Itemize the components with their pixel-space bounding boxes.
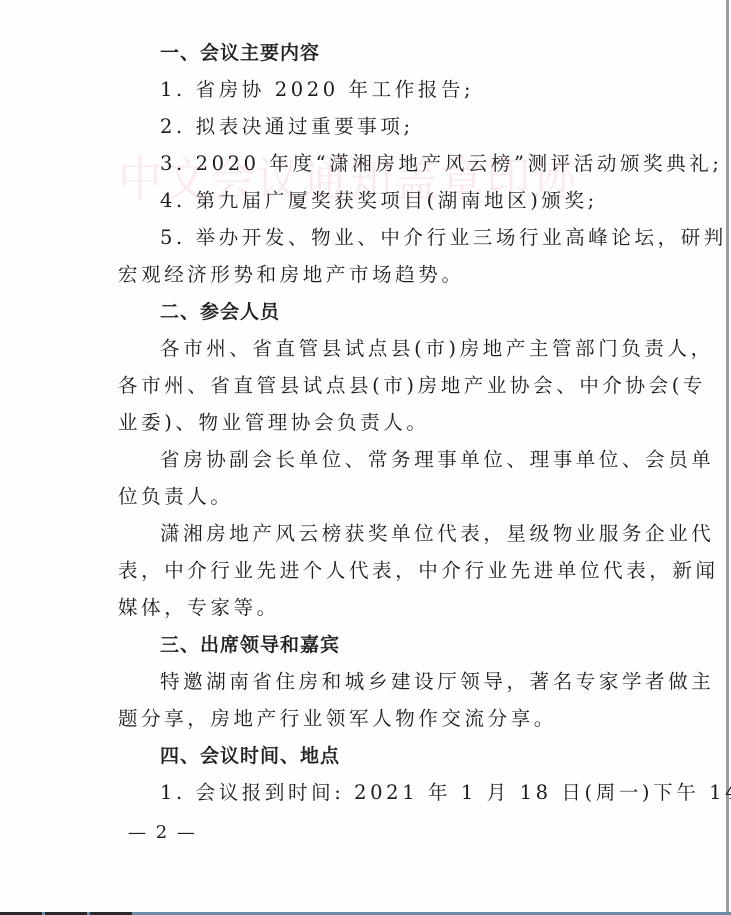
section-heading: 三、出席领导和嘉宾 <box>160 633 340 657</box>
paragraph-line: 业委)、物业管理协会负责人。 <box>118 411 430 435</box>
paragraph-line: 省房协副会长单位、常务理事单位、理事单位、会员单 <box>160 448 714 472</box>
paragraph-line: 媒体，专家等。 <box>118 596 280 620</box>
paragraph-line: 5. 举办开发、物业、中介行业三场行业高峰论坛，研判 <box>160 226 727 250</box>
paragraph-line: 4. 第九届广厦奖获奖项目(湖南地区)颁奖; <box>160 189 598 213</box>
paragraph-line: 表，中介行业先进个人代表，中介行业先进单位代表，新闻 <box>118 559 719 583</box>
section-heading: 一、会议主要内容 <box>160 41 320 65</box>
section-heading: 四、会议时间、地点 <box>160 744 340 768</box>
paragraph-line: 题分享，房地产行业领军人物作交流分享。 <box>118 707 557 731</box>
paragraph-line: 位负责人。 <box>118 485 234 509</box>
paragraph-line: 各市州、省直管县试点县(市)房地产主管部门负责人， <box>160 337 714 361</box>
section-heading: 二、参会人员 <box>160 300 280 324</box>
paragraph-line: 1. 会议报到时间: 2021 年 1 月 18 日(周一)下午 14:30 <box>160 781 731 805</box>
paragraph-line: 各市州、省直管县试点县(市)房地产业协会、中介协会(专 <box>118 374 706 398</box>
paragraph-line: 潇湘房地产风云榜获奖单位代表，星级物业服务企业代 <box>160 522 714 546</box>
paragraph-line: 3. 2020 年度“潇湘房地产风云榜”测评活动颁奖典礼; <box>160 152 723 176</box>
page-number: — 2 — <box>128 822 197 843</box>
paragraph-line: 特邀湖南省住房和城乡建设厅领导，著名专家学者做主 <box>160 670 714 694</box>
document-page: 中文会议通知盖章印迹 一、会议主要内容1. 省房协 2020 年工作报告;2. … <box>0 0 729 912</box>
paragraph-line: 2. 拟表决通过重要事项; <box>160 115 414 139</box>
paragraph-line: 宏观经济形势和房地产市场趋势。 <box>118 263 465 287</box>
paragraph-line: 1. 省房协 2020 年工作报告; <box>160 78 474 102</box>
